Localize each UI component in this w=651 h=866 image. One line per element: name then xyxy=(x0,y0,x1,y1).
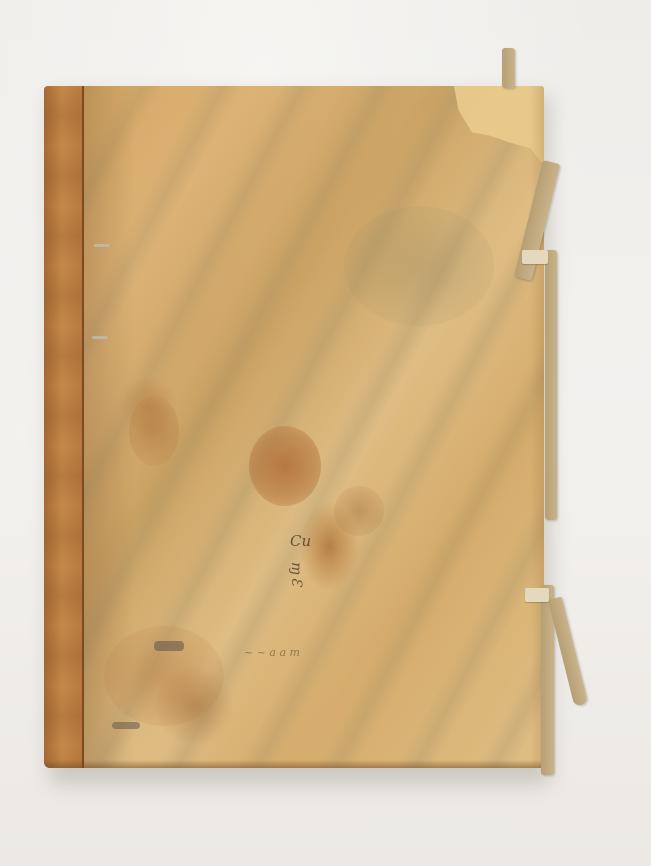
clasp-mark xyxy=(154,641,184,651)
upper-tie-strap xyxy=(545,250,557,520)
spine-stitch xyxy=(92,336,108,339)
clasp-mark xyxy=(112,722,140,729)
bottom-edge xyxy=(44,760,544,768)
water-stain xyxy=(249,426,321,506)
book-spine xyxy=(44,86,84,768)
top-tie xyxy=(502,48,515,88)
water-stain xyxy=(334,486,384,536)
grime-patch xyxy=(344,206,494,326)
inscription-mark: ~ ~ a a m xyxy=(244,646,300,659)
lower-tie-tab xyxy=(525,588,549,602)
spine-stitch xyxy=(94,244,110,247)
upper-tie-tab xyxy=(522,250,548,264)
water-stain xyxy=(129,396,179,466)
book-cover: Cu ɱ Ɛ ~ ~ a a m xyxy=(44,86,544,768)
inscription-mark: Cu xyxy=(290,532,311,550)
inscription-mark: ɱ Ɛ xyxy=(288,562,304,586)
